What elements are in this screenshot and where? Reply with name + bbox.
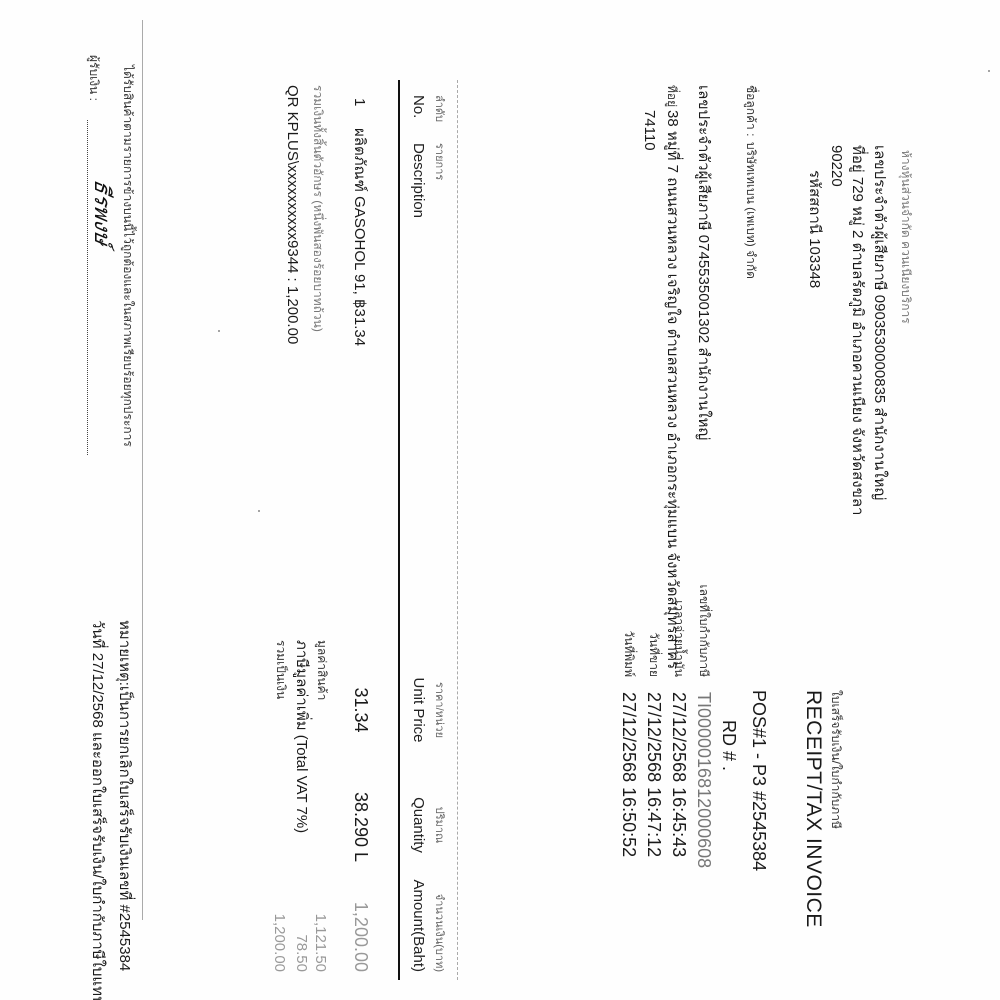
customer-name: บริษัทเทเบน (เพเบท) จำกัด [745, 142, 757, 279]
customer-address-label: ที่อยู่ [666, 85, 678, 107]
document-title-thai: ใบเสร็จรับเงิน/ใบกำกับภาษี [830, 690, 842, 829]
header-unit-price: Unit Price [411, 675, 426, 745]
amount-in-words: รวมเงินทั้งสิ้นตัวอักษร (หนึ่งพันสองร้อย… [312, 85, 324, 332]
seller-company-name: ห้างหุ้นส่วนจำกัด ควนเนียงบริการ [900, 150, 912, 324]
seller-tax-id: เลขประจำตัวผู้เสียภาษี 0903530000835 สำน… [872, 145, 887, 500]
cancellation-note-line1: หมายเหตุ:เป็นการยกเลิกใบเสร็จรับเงินเลขท… [117, 620, 132, 971]
vat-value: 78.50 [294, 872, 309, 972]
customer-name-label: ชื่อลูกค้า : [745, 85, 757, 136]
customer-address-line1: 38 หมู่ที่ 7 ถนนสวนหลวง เจริญใจ ตำบลสวนห… [665, 110, 680, 669]
fuel-dispense-time-value: 27/12/2568 16:45:43 [670, 692, 688, 857]
seller-station-code: รหัสสถานี 103348 [807, 170, 822, 288]
header-quantity-thai: ปริมาณ [433, 790, 444, 860]
grand-total-label: รวมเป็นเงิน [275, 640, 287, 699]
payment-method: QR KPLUS\xxxxxxxxxx9344 : 1,200.00 [285, 85, 300, 344]
scan-speck [988, 70, 990, 72]
row-amount: 1,200.00 [352, 872, 370, 972]
print-date-value: 27/12/2568 16:50:52 [620, 692, 638, 857]
goods-received-statement: ได้รับสินค้าตามรายการข้างบนนี้ไว้ถูกต้อง… [122, 65, 134, 447]
table-header-divider [398, 80, 400, 980]
header-no: No. [411, 95, 426, 118]
header-description: Description [411, 143, 426, 218]
subtotal-value: 1,121.50 [313, 872, 328, 972]
row-quantity: 38.290 L [352, 782, 370, 872]
cancellation-note-line2: วันที่ 27/12/2568 และออกใบเสร็จรับเงิน/ใ… [90, 620, 105, 1000]
row-unit-price: 31.34 [352, 680, 370, 740]
header-amount-thai: จำนวนเงิน(บาท) [433, 872, 444, 972]
pos-number: POS#1 - P3 #2545384 [750, 690, 768, 871]
sale-date-label: วันที่ขาย [648, 577, 660, 677]
row-description: ผลิตภัณฑ์ GASOHOL 91, ฿31.34 [352, 128, 367, 346]
header-unit-price-thai: ราคา/หน่วย [433, 680, 444, 740]
vat-label: ภาษีมูลค่าเพิ่ม (Total VAT 7%) [294, 640, 309, 833]
header-no-thai: ลำดับ [433, 95, 444, 122]
grand-total-value: 1,200.00 [272, 872, 287, 972]
print-date-label: วันที่พิมพ์ [623, 577, 635, 677]
footer-divider [142, 20, 143, 920]
seller-address-line1: ที่อยู่ 729 หมู่ 2 ตำบลรัตภูมิ อำเภอควนเ… [850, 145, 865, 515]
customer-tax-id: เลขประจำตัวผู้เสียภาษี 0745535001302 สำน… [696, 85, 711, 440]
subtotal-label: มูลค่าสินค้า [316, 640, 328, 700]
scanned-receipt: ห้างหุ้นส่วนจำกัด ควนเนียงบริการ เลขประจ… [0, 0, 1000, 1000]
header-quantity: Quantity [411, 790, 426, 860]
sale-date-value: 27/12/2568 16:47:12 [645, 692, 663, 857]
invoice-number-label: เลขที่ใบกำกับภาษี [698, 577, 710, 677]
header-amount: Amount(Baht) [411, 872, 426, 972]
scan-speck [218, 330, 220, 332]
invoice-number-value: TI00000168120006​08 [695, 692, 713, 868]
table-top-divider [457, 80, 458, 980]
header-description-thai: รายการ [433, 143, 444, 180]
row-no: 1 [352, 98, 367, 106]
document-title: RECEIPT/TAX INVOICE [803, 690, 824, 928]
scan-speck [258, 510, 260, 512]
receipt-page: ห้างหุ้นส่วนจำกัด ควนเนียงบริการ เลขประจ… [0, 0, 1000, 1000]
signature: ธีรพงษ์ [85, 177, 120, 248]
receiver-signature-line [87, 120, 88, 455]
seller-address-line2: 90220 [829, 145, 844, 187]
customer-address-line2: 74110 [642, 110, 657, 151]
receiver-label: ผู้รับเงิน : [88, 55, 100, 101]
rd-number: RD # . [720, 720, 738, 771]
